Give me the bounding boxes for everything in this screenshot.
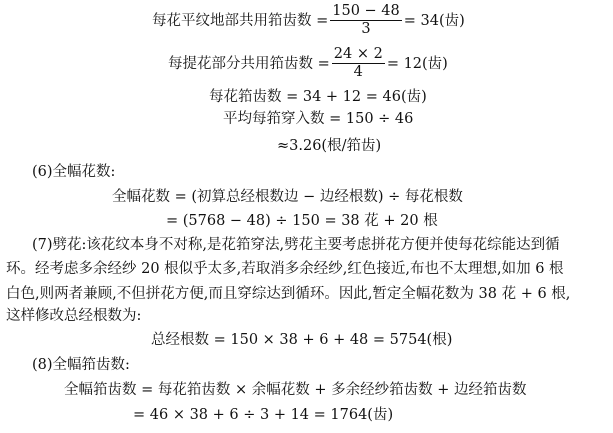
equation-avg-ends-per-dent: 平均每筘穿入数 = 150 ÷ 46: [223, 110, 413, 128]
section-8-heading: (8)全幅筘齿数:: [32, 356, 130, 374]
section-8-calculation: = 46 × 38 + 6 ÷ 3 + 14 = 1764(齿): [133, 406, 393, 424]
section-7-formula: 总经根数 = 150 × 38 + 6 + 48 = 5754(根): [151, 331, 452, 349]
equation-label: 每花平纹地部共用筘齿数 =: [152, 12, 328, 30]
equation-jacquard-reed-dents: 每提花部分共用筘齿数 = 24 × 2 4 = 12(齿): [168, 46, 448, 81]
equation-label: 每提花部分共用筘齿数 =: [168, 55, 330, 73]
fraction: 24 × 2 4: [332, 46, 385, 81]
fraction-numerator: 24 × 2: [332, 46, 385, 64]
fraction-denominator: 3: [330, 21, 402, 38]
equation-reed-dents-per-repeat: 每花筘齿数 = 34 + 12 = 46(齿): [209, 88, 427, 106]
section-6-calculation: = (5768 − 48) ÷ 150 = 38 花 + 20 根: [166, 212, 438, 230]
equation-result: = 12(齿): [387, 55, 448, 73]
section-6-formula: 全幅花数 = (初算总经根数边 − 边经根数) ÷ 每花根数: [112, 188, 463, 206]
fraction: 150 − 48 3: [330, 3, 402, 38]
equation-avg-ends-result: ≈3.26(根/筘齿): [277, 137, 381, 155]
fraction-denominator: 4: [332, 64, 385, 81]
equation-result: = 34(齿): [404, 12, 465, 30]
section-7-paragraph-line-2: 环。经考虑多余经纱 20 根似乎太多,若取消多余经纱,红色接近,布也不太理想,如…: [6, 260, 564, 278]
section-6-heading: (6)全幅花数:: [32, 163, 115, 181]
fraction-numerator: 150 − 48: [330, 3, 402, 21]
section-8-formula: 全幅筘齿数 = 每花筘齿数 × 余幅花数 + 多余经纱筘齿数 + 边经筘齿数: [64, 381, 526, 399]
equation-flat-weave-reed-dents: 每花平纹地部共用筘齿数 = 150 − 48 3 = 34(齿): [152, 3, 465, 38]
section-7-paragraph-line-1: (7)劈花:该花纹本身不对称,是花筘穿法,劈花主要考虑拼花方便并使每花综能达到循: [32, 236, 560, 254]
section-7-paragraph-line-3: 白色,则两者兼顾,不但拼花方便,而且穿综达到循环。因此,暂定全幅花数为 38 花…: [6, 285, 570, 303]
section-7-paragraph-line-4: 这样修改总经根数为:: [6, 307, 141, 325]
